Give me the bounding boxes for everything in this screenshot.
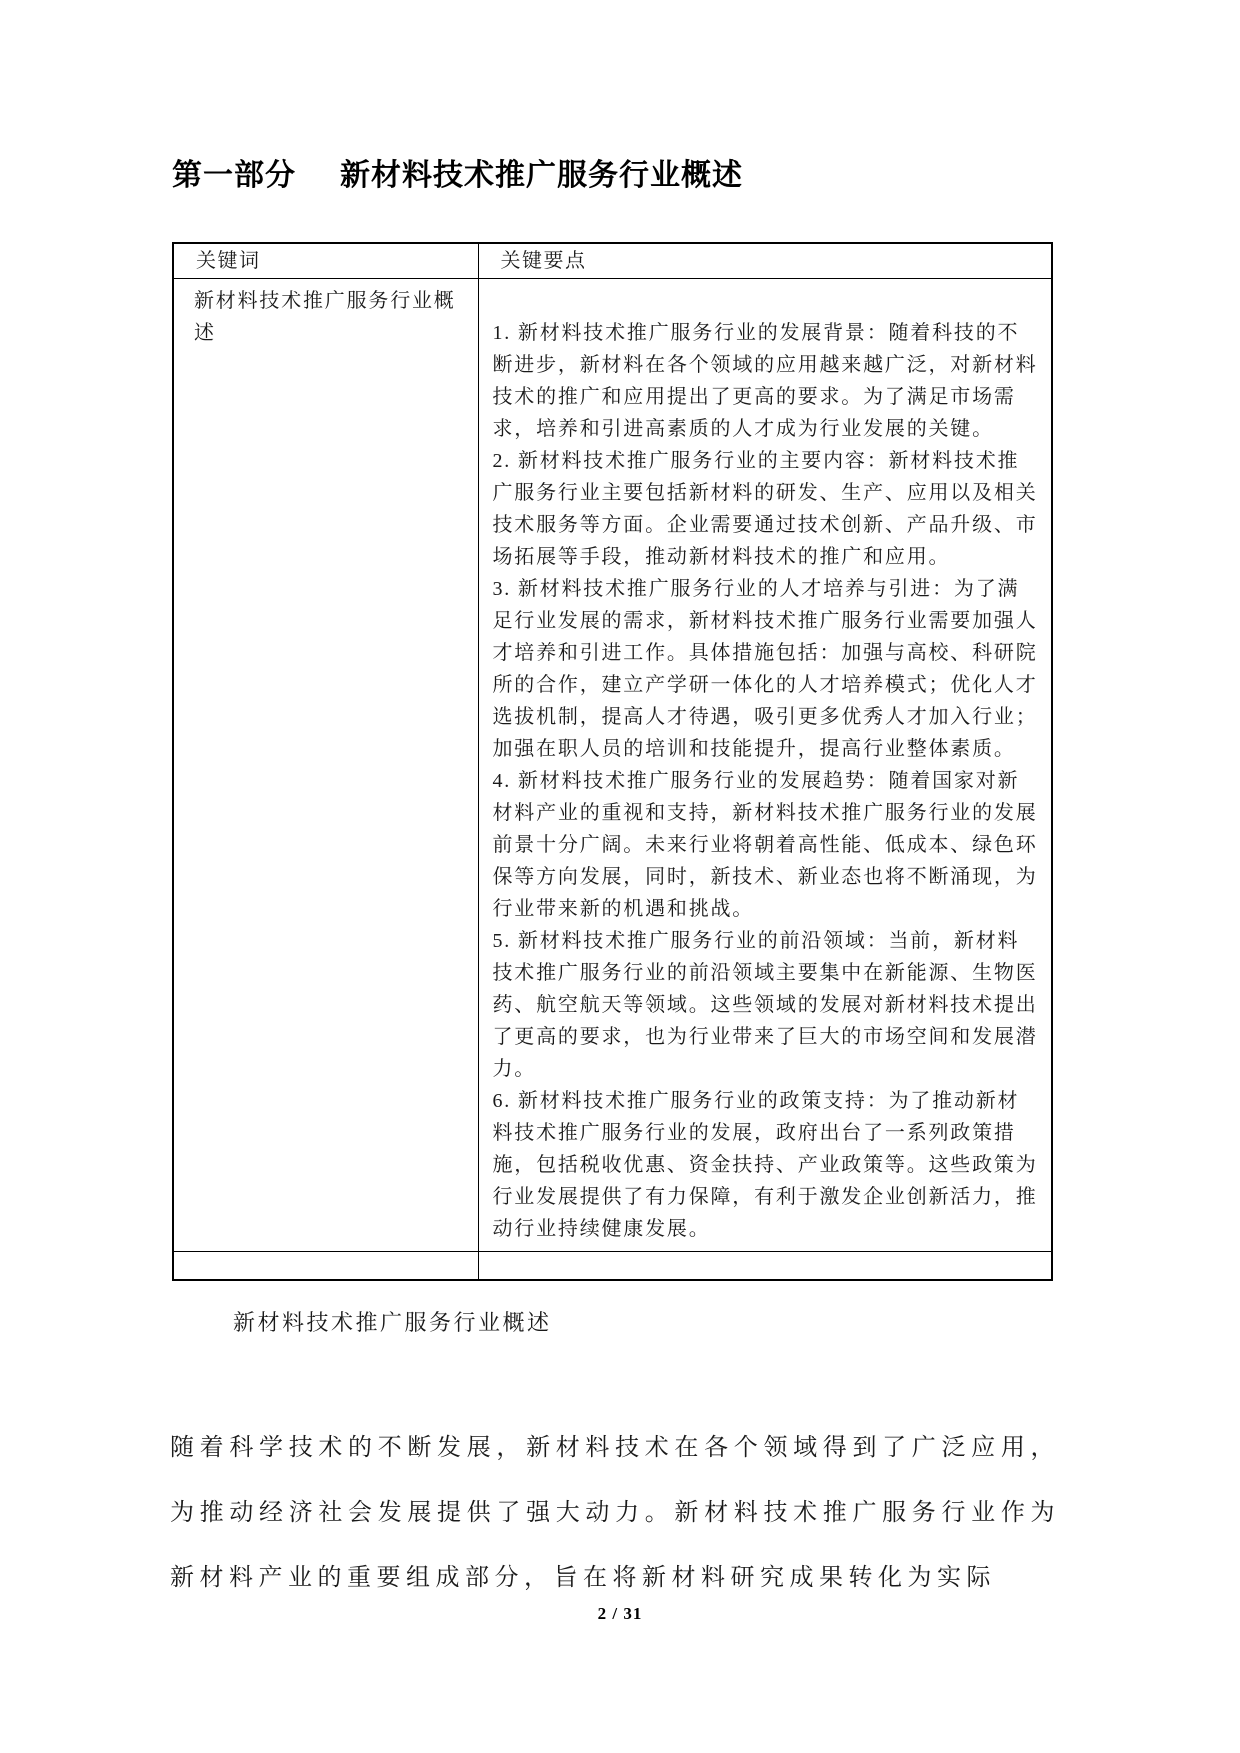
page-number: 2 / 31 bbox=[0, 1604, 1240, 1624]
keyword-cell: 新材料技术推广服务行业概述 bbox=[173, 279, 478, 1252]
body-paragraph: 随着科学技术的不断发展，新材料技术在各个领域得到了广泛应用，为推动经济社会发展提… bbox=[170, 1416, 1060, 1611]
keypoint-item: 4. 新材料技术推广服务行业的发展趋势：随着国家对新材料产业的重视和支持，新材料… bbox=[493, 765, 1040, 925]
table-empty-row bbox=[173, 1252, 1052, 1280]
keypoints-cell: 1. 新材料技术推广服务行业的发展背景：随着科技的不断进步，新材料在各个领域的应… bbox=[478, 279, 1052, 1252]
empty-keypoints-cell bbox=[478, 1252, 1052, 1280]
section-title: 第一部分新材料技术推广服务行业概述 bbox=[172, 150, 743, 194]
table-header-row: 关键词 关键要点 bbox=[173, 243, 1052, 279]
document-page: 第一部分新材料技术推广服务行业概述 关键词 关键要点 新材料技术推广服务行业概述… bbox=[0, 0, 1240, 1753]
keypoint-item: 6. 新材料技术推广服务行业的政策支持：为了推动新材料技术推广服务行业的发展，政… bbox=[493, 1085, 1040, 1245]
keypoint-item: 1. 新材料技术推广服务行业的发展背景：随着科技的不断进步，新材料在各个领域的应… bbox=[493, 317, 1040, 445]
keypoint-item: 3. 新材料技术推广服务行业的人才培养与引进：为了满足行业发展的需求，新材料技术… bbox=[493, 573, 1040, 765]
table-header-keyword: 关键词 bbox=[173, 243, 478, 279]
table-body-row: 新材料技术推广服务行业概述 1. 新材料技术推广服务行业的发展背景：随着科技的不… bbox=[173, 279, 1052, 1252]
subsection-heading: 新材料技术推广服务行业概述 bbox=[233, 1306, 552, 1337]
empty-paragraph bbox=[493, 285, 1040, 317]
table-header-keypoints: 关键要点 bbox=[478, 243, 1052, 279]
keypoint-item: 5. 新材料技术推广服务行业的前沿领域：当前，新材料技术推广服务行业的前沿领域主… bbox=[493, 925, 1040, 1085]
section-title-number: 第一部分 bbox=[172, 159, 296, 192]
empty-keyword-cell bbox=[173, 1252, 478, 1280]
keyword-table: 关键词 关键要点 新材料技术推广服务行业概述 1. 新材料技术推广服务行业的发展… bbox=[172, 242, 1053, 1281]
section-title-text: 新材料技术推广服务行业概述 bbox=[340, 159, 743, 192]
keypoint-item: 2. 新材料技术推广服务行业的主要内容：新材料技术推广服务行业主要包括新材料的研… bbox=[493, 445, 1040, 573]
